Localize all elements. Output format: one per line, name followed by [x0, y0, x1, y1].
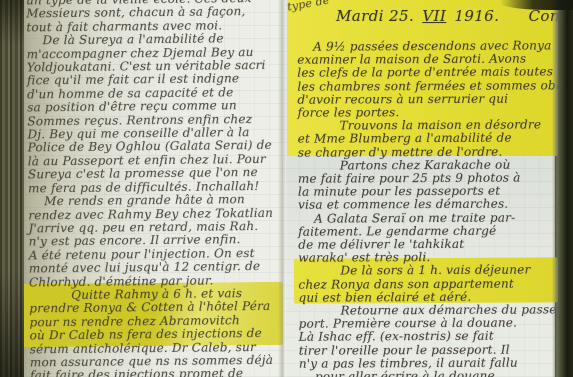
manuscript-line: fait faire des injections promet de — [30, 367, 284, 377]
notebook-binding — [0, 0, 24, 377]
entry-date-year: 1916. — [454, 7, 499, 25]
left-page-text: un type de la vieille école. Ces deux Me… — [26, 0, 284, 377]
entry-date-month: VII — [422, 7, 446, 25]
page-edge-shadow — [552, 0, 573, 377]
diary-scan-photo: un type de la vieille école. Ces deux Me… — [0, 0, 573, 377]
manuscript-line: pour aller écrire à la douane. — [299, 369, 555, 377]
entry-date-day: Mardi 25. — [336, 7, 414, 25]
right-page-text: A 9½ passées descendons avec Ronya exami… — [297, 39, 555, 377]
